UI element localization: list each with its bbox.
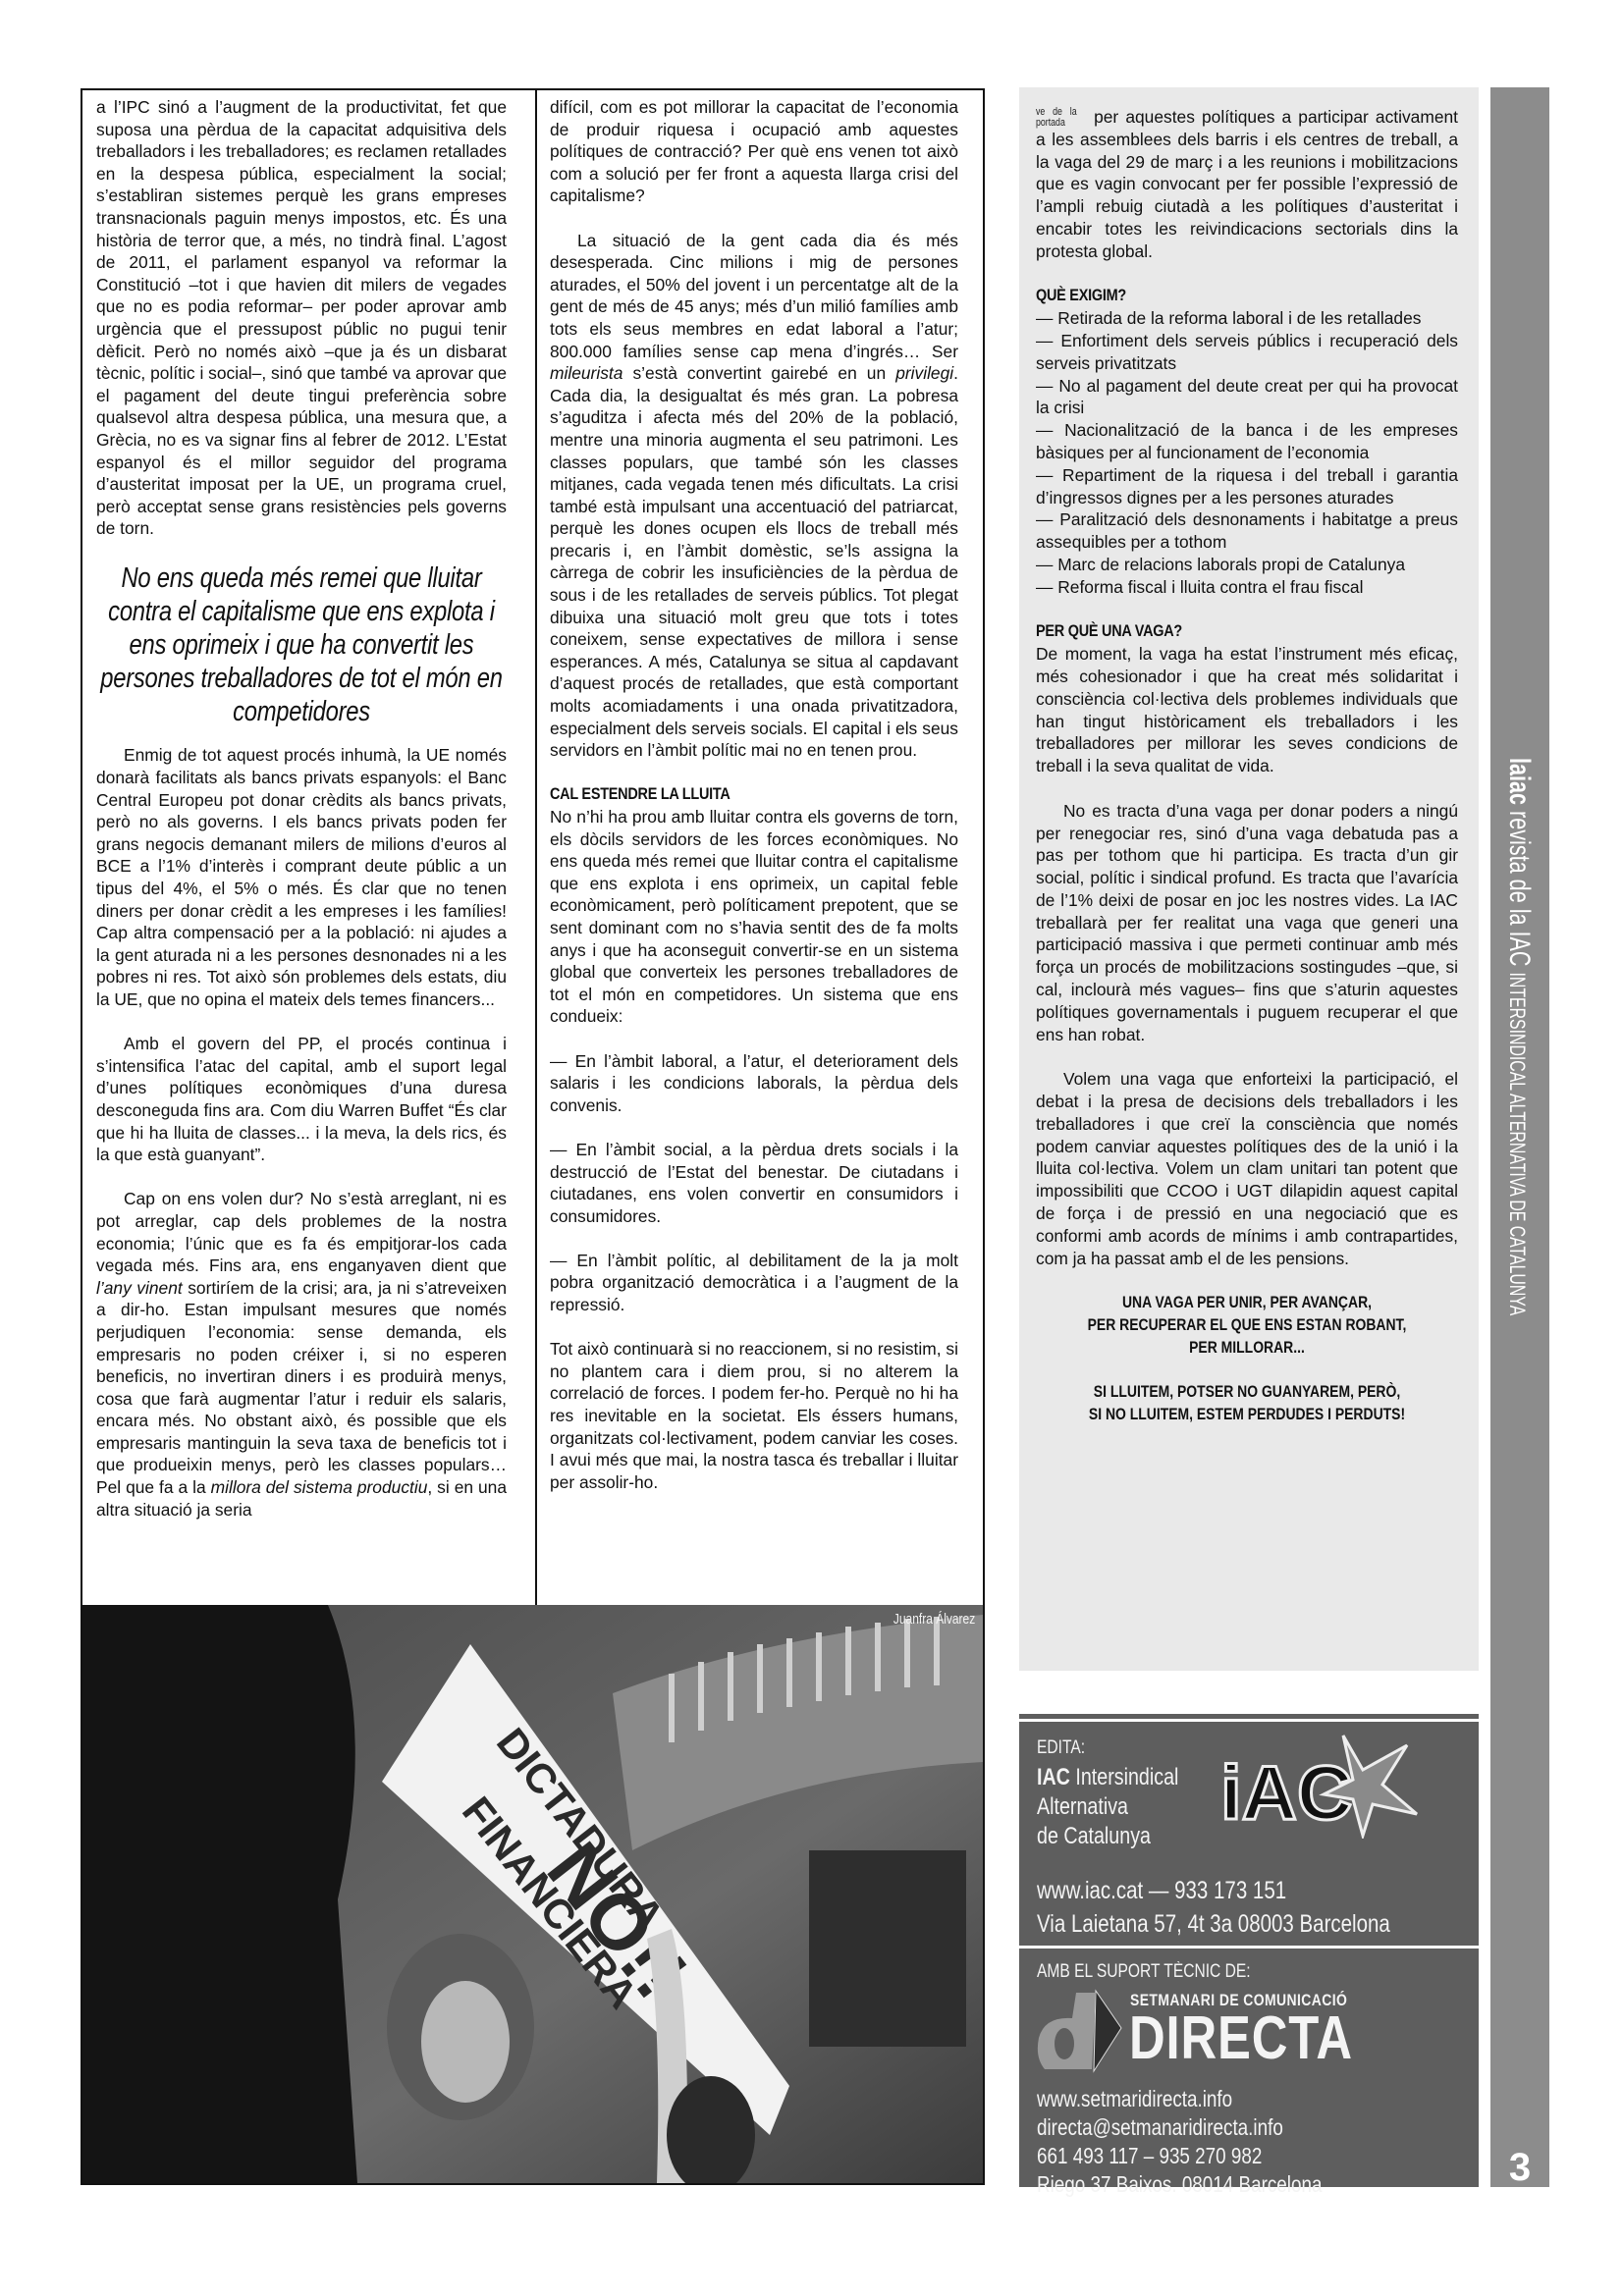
- spacer: [1074, 1360, 1421, 1382]
- divider: [1019, 1719, 1479, 1722]
- page-number: 3: [1490, 2148, 1549, 2187]
- paragraph: Amb el govern del PP, el procés continua…: [96, 1033, 507, 1166]
- list-paragraph: — En l’àmbit social, a la pèrdua drets s…: [550, 1139, 958, 1227]
- pull-quote: No ens queda més remei que lluitar contr…: [96, 561, 507, 728]
- section-heading: QUÈ EXIGIM?: [1036, 285, 1395, 307]
- directa-title: DIRECTA: [1129, 2006, 1353, 2071]
- section-heading: CAL ESTENDRE LA LLUITA: [550, 783, 897, 806]
- paragraph: No n’hi ha prou amb lluitar contra els g…: [550, 806, 958, 1028]
- paragraph: La situació de la gent cada dia és més d…: [550, 230, 958, 762]
- demand-item: — Paralització dels desnonaments i habit…: [1036, 508, 1458, 554]
- text-run: Intersindical: [1075, 1764, 1178, 1790]
- directa-email-link[interactable]: directa@setmanaridirecta.info: [1037, 2113, 1322, 2142]
- demand-item: — Enfortiment dels serveis públics i rec…: [1036, 330, 1458, 375]
- directa-phones: 661 493 117 – 935 270 982: [1037, 2142, 1322, 2170]
- organization-name: INTERSINDICAL ALTERNATIVA DE CATALUNYA: [1505, 973, 1530, 1316]
- list-paragraph: — En l’àmbit laboral, a l’atur, el deter…: [550, 1050, 958, 1117]
- paragraph: difícil, com es pot millorar la capacita…: [550, 96, 958, 207]
- magazine-subtitle: revista de la IAC: [1503, 811, 1536, 966]
- publisher-line-1: IAC Intersindical: [1037, 1763, 1178, 1792]
- demand-item: — Repartiment de la riquesa i del trebal…: [1036, 464, 1458, 509]
- publisher-line-2: Alternativa: [1037, 1792, 1178, 1822]
- paragraph: Volem una vaga que enforteixi la partici…: [1036, 1068, 1458, 1269]
- running-head: laiac revista de la IAC INTERSINDICAL AL…: [1502, 758, 1542, 1523]
- directa-contact: www.setmaridirecta.info directa@setmanar…: [1037, 2085, 1384, 2199]
- photo-illustration: DICTADURA FINANCIERA NO!!: [82, 1605, 983, 2183]
- slogan-line: SI LLUITEM, POTSER NO GUANYAREM, PERÒ,: [1074, 1381, 1421, 1404]
- emphasis: l’any vinent: [96, 1278, 183, 1298]
- emphasis: mileurista: [550, 363, 622, 383]
- photo-credit: Juanfra Álvarez: [893, 1611, 975, 1628]
- article-column-1: a l’IPC sinó a l’augment de la productiv…: [96, 96, 507, 1521]
- paragraph: ve de la portada per aquestes polítiques…: [1036, 106, 1458, 263]
- column-divider: [535, 88, 537, 1605]
- demand-item: — Retirada de la reforma laboral i de le…: [1036, 307, 1458, 330]
- credits-box: EDITA: IAC Intersindical Alternativa de …: [1019, 1714, 1479, 2187]
- publisher-line-3: de Catalunya: [1037, 1822, 1178, 1851]
- directa-address: Riego 37 Baixos. 08014 Barcelona: [1037, 2170, 1322, 2199]
- publisher-web-phone: www.iac.cat — 933 173 151: [1037, 1877, 1286, 1905]
- list-paragraph: — En l’àmbit polític, al debilitament de…: [550, 1250, 958, 1316]
- demand-item: — Marc de relacions laborals propi de Ca…: [1036, 554, 1458, 576]
- paragraph: Tot això continuarà si no reaccionem, si…: [550, 1338, 958, 1493]
- edita-label: EDITA:: [1037, 1737, 1085, 1759]
- emphasis: millora del sistema productiu: [211, 1477, 428, 1497]
- text-run: Cap on ens volen dur? No s’està arreglan…: [96, 1189, 507, 1275]
- text-run: sortiríem de la crisi; ara, ja ni s’atre…: [96, 1278, 507, 1497]
- paragraph: No es tracta d’una vaga per donar poders…: [1036, 800, 1458, 1046]
- running-head-text: laiac revista de la IAC INTERSINDICAL AL…: [1500, 758, 1536, 1532]
- divider: [1019, 1946, 1479, 1949]
- paragraph: Cap on ens volen dur? No s’està arreglan…: [96, 1188, 507, 1521]
- article-column-2: difícil, com es pot millorar la capacita…: [550, 96, 958, 1516]
- paragraph: De moment, la vaga ha estat l’instrument…: [1036, 643, 1458, 777]
- section-heading: PER QUÈ UNA VAGA?: [1036, 620, 1395, 643]
- slogan-line: UNA VAGA PER UNIR, PER AVANÇAR,: [1074, 1292, 1421, 1314]
- emphasis: privilegi: [895, 363, 953, 383]
- text-run: . Cada dia, la desigualtat és més gran. …: [550, 363, 958, 760]
- slogan-line: PER RECUPERAR EL QUE ENS ESTAN ROBANT,: [1074, 1314, 1421, 1337]
- publisher-abbr: IAC: [1037, 1764, 1070, 1790]
- paragraph: a l’IPC sinó a l’augment de la productiv…: [96, 96, 507, 540]
- publisher-address: Via Laietana 57, 4t 3a 08003 Barcelona: [1037, 1910, 1390, 1939]
- magazine-brand: laiac: [1503, 758, 1536, 805]
- paragraph: Enmig de tot aquest procés inhumà, la UE…: [96, 744, 507, 1010]
- iac-logo-icon: iAC: [1216, 1726, 1422, 1839]
- demand-item: — No al pagament del deute creat per qui…: [1036, 375, 1458, 420]
- protest-photo: DICTADURA FINANCIERA NO!! Juanfra Álvare…: [82, 1605, 983, 2183]
- slogan-line: SI NO LLUITEM, ESTEM PERDUDES I PERDUTS!: [1074, 1404, 1421, 1426]
- text-run: per aquestes polítiques a participar act…: [1036, 107, 1458, 261]
- directa-web-link[interactable]: www.setmaridirecta.info: [1037, 2085, 1322, 2113]
- text-run: s’està convertint gairebé en un: [622, 363, 895, 383]
- directa-logo-icon: [1035, 1989, 1123, 2073]
- slogan-line: PER MILLORAR...: [1074, 1337, 1421, 1360]
- demand-item: — Nacionalització de la banca i de les e…: [1036, 419, 1458, 464]
- continued-panel-text: ve de la portada per aquestes polítiques…: [1036, 106, 1458, 1426]
- text-run: La situació de la gent cada dia és més d…: [550, 231, 958, 361]
- demand-item: — Reforma fiscal i lluita contra el frau…: [1036, 576, 1458, 599]
- running-head-line: laiac revista de la IAC INTERSINDICAL AL…: [1500, 758, 1536, 1315]
- support-label: AMB EL SUPORT TÈCNIC DE:: [1037, 1961, 1251, 1983]
- iac-logo-text: iAC: [1220, 1749, 1352, 1836]
- continued-from-cover-kicker: ve de la portada: [1036, 107, 1077, 129]
- publisher-name: IAC Intersindical Alternativa de Catalun…: [1037, 1763, 1210, 1851]
